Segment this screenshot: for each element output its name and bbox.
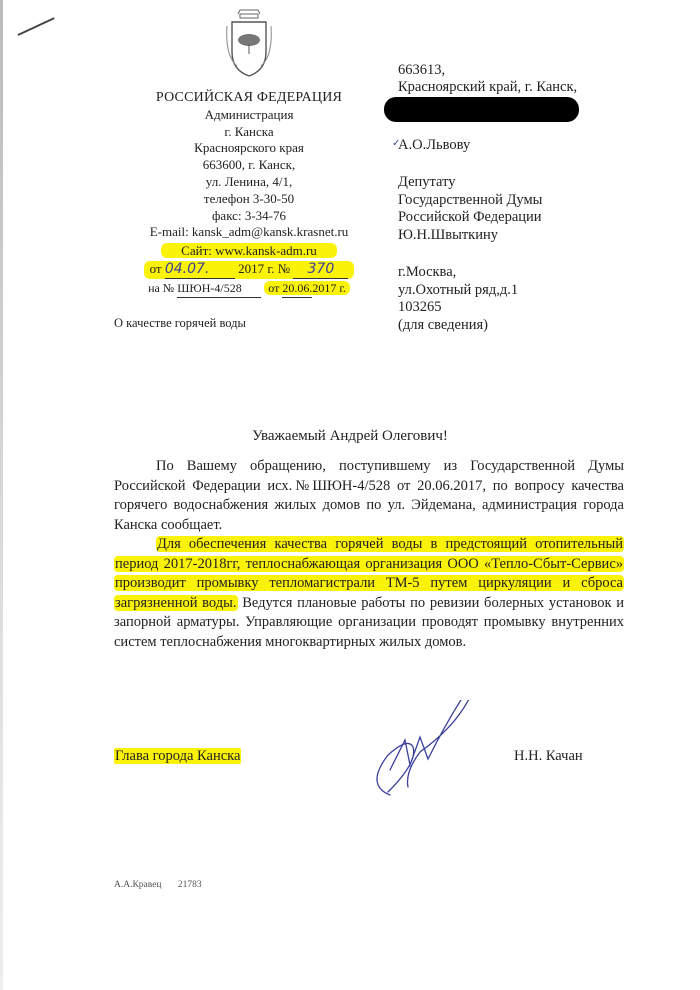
scan-edge	[0, 0, 3, 990]
kansk-coat-of-arms-icon	[222, 4, 276, 84]
recipient-name: А.О.Львову	[398, 137, 470, 155]
signatory-name: Н.Н. Качан	[514, 748, 583, 765]
deputy-name: Ю.Н.Швыткину	[398, 227, 542, 245]
executor-info: А.А.Кравец 21783	[114, 880, 202, 890]
reference-prefix: на №	[148, 281, 174, 295]
reference-year: 2017 г.	[312, 281, 346, 295]
reference-from: от	[268, 281, 279, 295]
signatory-title: Глава города Канска	[114, 748, 241, 765]
org-line: Красноярского края	[118, 140, 380, 157]
recipient-index: 103265	[398, 299, 542, 317]
body-paragraph: Для обеспечения качества горячей воды в …	[114, 535, 624, 652]
recipient-title: Российской Федерации	[398, 209, 542, 227]
org-phone: телефон 3-30-50	[118, 191, 380, 208]
outgoing-number: 370	[293, 261, 348, 279]
outgoing-prefix: от	[150, 261, 162, 276]
recipient-note: (для сведения)	[398, 317, 542, 335]
org-email: E-mail: kansk_adm@kansk.krasnet.ru	[118, 224, 380, 241]
org-line: Администрация	[118, 107, 380, 124]
pen-mark	[18, 17, 55, 36]
recipient-block: Депутату Государственной Думы Российской…	[398, 174, 542, 334]
letter-subject: О качестве горячей воды	[114, 316, 246, 331]
signatory-title-text: Глава города Канска	[114, 748, 241, 764]
org-address: 663600, г. Канск,	[118, 157, 380, 174]
org-site: Сайт: www.kansk-adm.ru	[161, 243, 337, 258]
redaction-bar	[384, 97, 579, 122]
body-paragraph: По Вашему обращению, поступившему из Гос…	[114, 457, 624, 535]
outgoing-number-line: от 04.07. 2017 г. № 370	[144, 261, 355, 279]
letterhead: РОССИЙСКАЯ ФЕДЕРАЦИЯ Администрация г. Ка…	[118, 0, 380, 298]
outgoing-date: 04.07.	[165, 261, 235, 279]
recipient-region: Красноярский край, г. Канск,	[398, 79, 577, 97]
recipient-title: Государственной Думы	[398, 192, 542, 210]
recipient-street: ул.Охотный ряд,д.1	[398, 282, 542, 300]
letter-body: По Вашему обращению, поступившему из Гос…	[114, 457, 624, 652]
org-address: ул. Ленина, 4/1,	[118, 174, 380, 191]
recipient-city: г.Москва,	[398, 264, 542, 282]
org-fax: факс: 3-34-76	[118, 208, 380, 225]
executor-name: А.А.Кравец	[114, 880, 162, 890]
reference-line: на № ШЮН-4/528 от 20.06.2017 г.	[118, 280, 380, 298]
executor-phone: 21783	[178, 880, 202, 890]
outgoing-year: 2017 г. №	[238, 261, 290, 276]
greeting: Уважаемый Андрей Олегович!	[0, 428, 700, 445]
recipient-title: Депутату	[398, 174, 542, 192]
reference-number: ШЮН-4/528	[177, 280, 261, 298]
reference-date: 20.06.	[282, 280, 312, 298]
recipient-postcode: 663613,	[398, 62, 445, 80]
country-name: РОССИЙСКАЯ ФЕДЕРАЦИЯ	[118, 90, 380, 107]
org-line: г. Канска	[118, 124, 380, 141]
signature-icon	[360, 700, 480, 810]
reference-date-block: от 20.06.2017 г.	[264, 281, 350, 295]
